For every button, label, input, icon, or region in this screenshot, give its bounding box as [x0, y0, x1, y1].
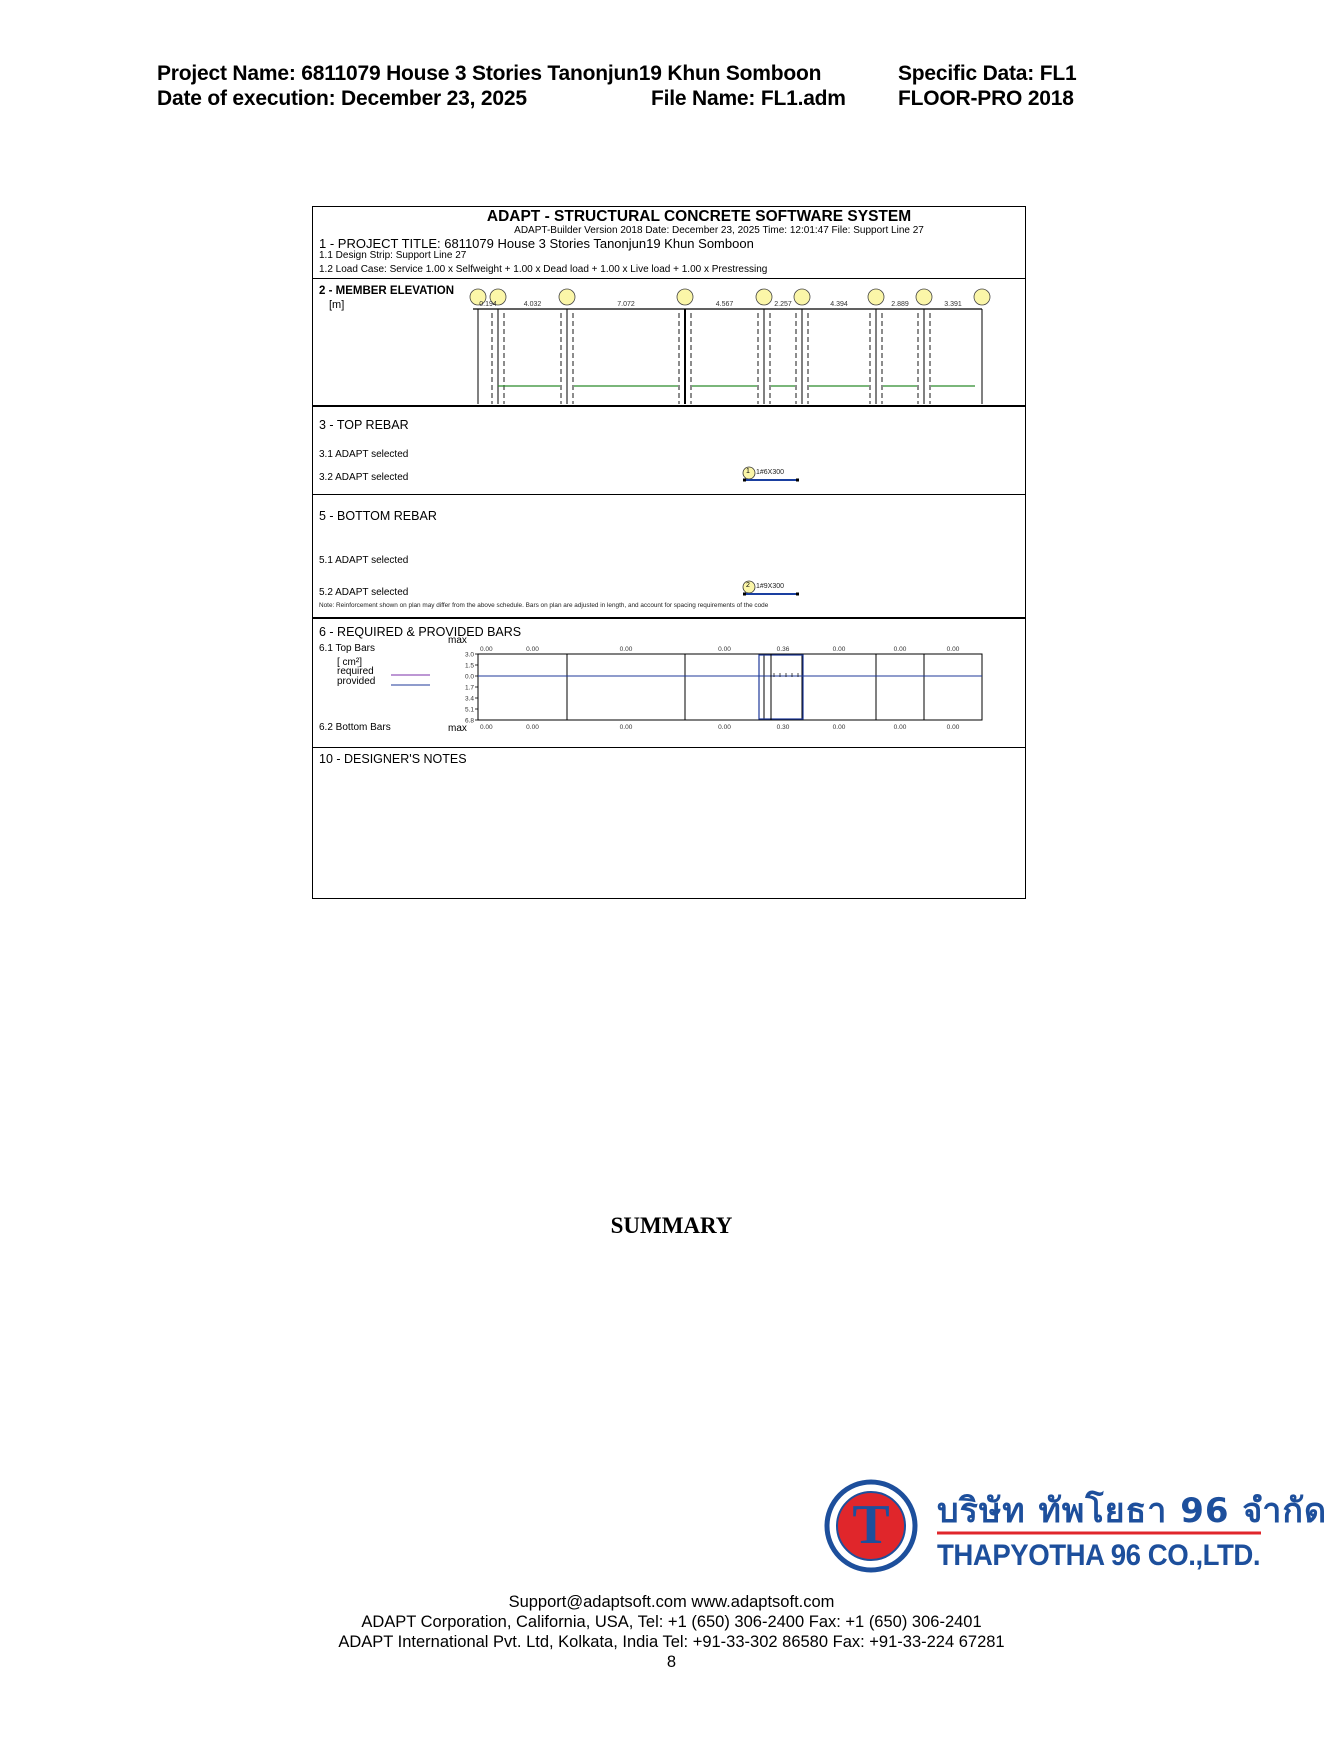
svg-text:4.032: 4.032	[524, 301, 542, 308]
load-case: 1.2 Load Case: Service 1.00 x Selfweight…	[319, 264, 767, 275]
company-logo: T บริษัท ทัพโยธา 96 จำกัด THAPYOTHA 96 C…	[825, 1465, 1265, 1587]
software-name: FLOOR-PRO 2018	[898, 87, 1074, 111]
design-strip: 1.1 Design Strip: Support Line 27	[319, 250, 466, 261]
svg-text:2.257: 2.257	[774, 301, 792, 308]
footer-contact-line-1: Support@adaptsoft.com www.adaptsoft.com	[0, 1592, 1343, 1612]
svg-text:0.00: 0.00	[480, 646, 493, 653]
svg-text:0.00: 0.00	[526, 724, 539, 731]
project-name: Project Name: 6811079 House 3 Stories Ta…	[157, 62, 821, 86]
svg-text:7.072: 7.072	[617, 301, 635, 308]
logo-thai-name: บริษัท ทัพโยธา 96 จำกัด	[937, 1483, 1327, 1537]
svg-text:3.4: 3.4	[465, 696, 474, 703]
logo-english-name: THAPYOTHA 96 CO.,LTD.	[937, 1539, 1260, 1573]
svg-text:0.00: 0.00	[620, 724, 633, 731]
svg-text:0.00: 0.00	[480, 724, 493, 731]
section-designers-notes: 10 - DESIGNER'S NOTES	[313, 748, 1025, 898]
section-bottom-rebar: 5 - BOTTOM REBAR 5.1 ADAPT selected 5.2 …	[313, 495, 1025, 619]
project-title: 1 - PROJECT TITLE: 6811079 House 3 Stori…	[319, 236, 754, 251]
specific-data: Specific Data: FL1	[898, 62, 1076, 86]
svg-text:4.394: 4.394	[830, 301, 848, 308]
adapt-report: ADAPT - STRUCTURAL CONCRETE SOFTWARE SYS…	[312, 206, 1026, 899]
svg-text:0.36: 0.36	[777, 646, 790, 653]
svg-text:2.889: 2.889	[891, 301, 909, 308]
logo-letter: T	[851, 1495, 891, 1555]
footer-contact-line-3: ADAPT International Pvt. Ltd, Kolkata, I…	[0, 1632, 1343, 1652]
bottom-rebar-bar-id: 2	[746, 582, 750, 589]
svg-text:0.00: 0.00	[947, 646, 960, 653]
summary-heading: SUMMARY	[0, 1213, 1343, 1239]
svg-text:0.00: 0.00	[894, 724, 907, 731]
svg-text:3.391: 3.391	[944, 301, 962, 308]
section-top-rebar: 3 - TOP REBAR 3.1 ADAPT selected 3.2 ADA…	[313, 407, 1025, 495]
svg-text:0.00: 0.00	[718, 646, 731, 653]
footer-contact-line-2: ADAPT Corporation, California, USA, Tel:…	[0, 1612, 1343, 1632]
required-provided-chart: 3.01.50.01.73.45.16.80.000.000.000.000.3…	[313, 619, 1027, 748]
svg-text:0.194: 0.194	[479, 301, 497, 308]
svg-text:0.00: 0.00	[526, 646, 539, 653]
svg-text:6.8: 6.8	[465, 718, 474, 725]
top-rebar-bar-id: 1	[746, 468, 750, 475]
section-project-info: ADAPT - STRUCTURAL CONCRETE SOFTWARE SYS…	[313, 207, 1025, 279]
section-required-provided-bars: 6 - REQUIRED & PROVIDED BARS 6.1 Top Bar…	[313, 619, 1025, 748]
svg-text:1.7: 1.7	[465, 685, 474, 692]
page-number: 8	[0, 1652, 1343, 1672]
reinforcement-note: Note: Reinforcement shown on plan may di…	[319, 602, 768, 609]
svg-text:0.30: 0.30	[777, 724, 790, 731]
svg-text:0.00: 0.00	[947, 724, 960, 731]
svg-text:0.00: 0.00	[620, 646, 633, 653]
svg-text:0.0: 0.0	[465, 674, 474, 681]
date-of-execution: Date of execution: December 23, 2025	[157, 87, 527, 111]
report-title: ADAPT - STRUCTURAL CONCRETE SOFTWARE SYS…	[313, 208, 1025, 226]
file-name: File Name: FL1.adm	[651, 87, 846, 111]
svg-text:4.567: 4.567	[716, 301, 734, 308]
svg-text:0.00: 0.00	[833, 646, 846, 653]
section-member-elevation: 2 - MEMBER ELEVATION [m] 0.1944.0327.072…	[313, 279, 1025, 407]
top-rebar-bar	[313, 407, 1027, 495]
svg-text:5.1: 5.1	[465, 707, 474, 714]
bottom-rebar-bar-label: 1#9X300	[756, 583, 784, 590]
svg-text:0.00: 0.00	[718, 724, 731, 731]
svg-text:1.5: 1.5	[465, 663, 474, 670]
report-subtitle: ADAPT-Builder Version 2018 Date: Decembe…	[313, 225, 1025, 236]
svg-text:0.00: 0.00	[833, 724, 846, 731]
designers-notes-heading: 10 - DESIGNER'S NOTES	[319, 752, 467, 766]
svg-text:0.00: 0.00	[894, 646, 907, 653]
bottom-rebar-bar	[313, 495, 1027, 619]
svg-text:3.0: 3.0	[465, 652, 474, 659]
top-rebar-bar-label: 1#6X300	[756, 469, 784, 476]
member-elevation-drawing: 0.1944.0327.0724.5672.2574.3942.8893.391	[313, 279, 1027, 405]
